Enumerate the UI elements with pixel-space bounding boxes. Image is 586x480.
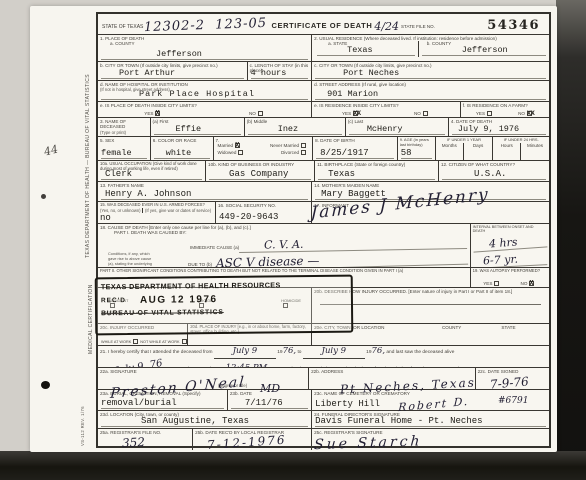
occupation-value: Clerk <box>101 169 202 180</box>
checkbox-never-married <box>301 143 306 148</box>
margin-medical-label: MEDICAL CERTIFICATION <box>88 272 94 354</box>
row-location-director: 23d. LOCATION (City, town, or county) Sa… <box>98 410 549 428</box>
last-name-value: McHenry <box>349 124 445 135</box>
months-label: Months <box>436 143 464 160</box>
row-name: 3. NAME OF DECEASED (Type or print) (a) … <box>98 117 549 136</box>
checkbox-not-while-at-work <box>182 339 187 344</box>
date-signed-label: 22c. DATE SIGNED <box>478 369 547 374</box>
checkbox-autopsy-yes <box>494 281 499 286</box>
checkbox-death-limits-yes: X <box>155 111 160 116</box>
certificate-paper: TEXAS DEPARTMENT OF HEALTH — BUREAU OF V… <box>30 6 557 452</box>
cert-to-handwritten: July 9 <box>322 347 347 356</box>
checkbox-divorced <box>301 150 306 155</box>
row-forces-ssn: 15. WAS DECEASED EVER IN U.S. ARMED FORC… <box>98 201 549 223</box>
farm-label: f. IS RESIDENCE ON A FARM? <box>463 103 547 108</box>
race-label: 6. COLOR OR RACE <box>153 138 211 143</box>
middle-name-value: Inez <box>248 124 342 135</box>
residence-limits-cell: e. IS RESIDENCE INSIDE CITY LIMITS? YESX… <box>311 102 460 117</box>
hospital-value: Park Place Hospital <box>101 89 308 100</box>
residence-limits-label: e. IS RESIDENCE INSIDE CITY LIMITS? <box>314 103 458 108</box>
scanned-page: TEXAS DEPARTMENT OF HEALTH — BUREAU OF V… <box>0 0 586 480</box>
autopsy-cell: 19. WAS AUTOPSY PERFORMED? YES NOX <box>470 268 549 287</box>
registrar-file-value: 352 <box>100 433 191 450</box>
interval-label: INTERVAL BETWEEN ONSET AND DEATH <box>473 225 547 234</box>
row-demographics: 5. SEX female 6. COLOR OR RACE white 7. … <box>98 136 549 160</box>
mother-label: 14. MOTHER'S MAIDEN NAME <box>314 183 547 188</box>
cemetery-value: Liberty Hill <box>315 399 546 409</box>
checkbox-married: X <box>235 143 240 148</box>
last-name-cell: (c) Last McHenry <box>345 118 448 136</box>
form-header: STATE OF TEXAS 12302-2 123-05 CERTIFICAT… <box>98 14 549 34</box>
row-limits: e. IS PLACE OF DEATH INSIDE CITY LIMITS?… <box>98 101 549 117</box>
name-sublabel: (Type or print) <box>100 130 148 135</box>
cert-from-year-handwritten: 76, <box>283 347 297 356</box>
due-to-b-label: DUE TO (b) <box>188 262 212 267</box>
death-limits-cell: e. IS PLACE OF DEATH INSIDE CITY LIMITS?… <box>98 102 311 117</box>
farm-cell: f. IS RESIDENCE ON A FARM? YES NOXX <box>460 102 549 117</box>
burial-date-label: 23b. DATE <box>230 391 309 396</box>
received-stamp: TEXAS DEPARTMENT OF HEALTH RESOURCES REC… <box>95 275 354 336</box>
residence-state-value: Texas <box>317 45 415 56</box>
interval-cell: INTERVAL BETWEEN ONSET AND DEATH 4 hrs 6… <box>470 224 549 267</box>
row-physician: 22a. SIGNATURE (Degree or title) 22b. AD… <box>98 367 549 389</box>
registrar-date-cell: 25b. DATE REC'D BY LOCAL REGISTRAR 7-12-… <box>192 429 311 450</box>
state-of-texas-label: STATE OF TEXAS <box>102 24 143 33</box>
marital-cell: 7. MarriedX Never Married Widowed Divorc… <box>213 137 313 160</box>
name-label-cell: 3. NAME OF DECEASED (Type or print) <box>98 118 150 136</box>
race-value: white <box>154 148 210 159</box>
stamp-recd-label: REC'D <box>101 297 126 304</box>
physician-signature-label: 22a. SIGNATURE <box>100 369 306 374</box>
burial-type-value: removal/burial <box>101 398 224 409</box>
stamp-date: AUG 12 1976 <box>140 294 218 306</box>
checkbox-death-limits-no <box>258 111 263 116</box>
checkbox-autopsy-no: X <box>529 281 534 286</box>
cert-text-1: I hereby certify that I attended the dec… <box>108 350 213 355</box>
stamp-bureau-line: BUREAU OF VITAL STATISTICS <box>101 308 347 318</box>
row-occupation: 10a. USUAL OCCUPATION (Give kind of work… <box>98 160 549 181</box>
divorced-label: Divorced <box>281 150 299 155</box>
row-place-residence: 1. PLACE OF DEATH a. COUNTY Jefferson 2.… <box>98 34 549 61</box>
county-label: a. COUNTY <box>100 41 309 46</box>
margin-form-code: VS-112 REV. 1/76 <box>80 390 85 446</box>
not-while-at-work-label: NOT WHILE AT WORK <box>140 340 179 344</box>
yes-label: YES <box>144 111 153 116</box>
father-label: 13. FATHER'S NAME <box>100 183 309 188</box>
checkbox-widowed <box>238 150 243 155</box>
street-address-cell: d. STREET ADDRESS (If rural, give locati… <box>311 81 549 101</box>
widowed-label: Widowed <box>218 150 237 155</box>
minutes-label: Minutes <box>521 143 549 160</box>
sex-cell: 5. SEX female <box>98 137 150 160</box>
birthplace-value: Texas <box>318 169 435 180</box>
row-hospital: d. NAME OF HOSPITAL OR INSTITUTION (If n… <box>98 80 549 101</box>
stamp-department-line: TEXAS DEPARTMENT OF HEALTH RESOURCES <box>101 280 347 292</box>
occupation-cell: 10a. USUAL OCCUPATION (Give kind of work… <box>98 161 205 181</box>
checkbox-farm-no: XX <box>527 111 532 116</box>
street-address-value: 901 Marion <box>315 89 546 100</box>
injury-state-cell: STATE <box>499 324 549 345</box>
registrar-signature-cell: 25c. REGISTRAR'S SIGNATURE Sue Starch <box>311 429 549 450</box>
death-certificate-form: STATE OF TEXAS 12302-2 123-05 CERTIFICAT… <box>96 12 551 448</box>
armed-forces-value: no <box>100 213 215 223</box>
conditions-note: Conditions, if any, which gave rise to a… <box>100 251 158 267</box>
first-name-value: Effie <box>154 124 241 135</box>
age-value: 58 <box>401 148 432 159</box>
handwritten-codes: 12302-2 123-05 <box>144 16 267 35</box>
mother-cell: 14. MOTHER'S MAIDEN NAME Mary Baggett <box>311 182 549 201</box>
armed-forces-sub2: (If yes, give war or dates of service) <box>142 208 214 213</box>
ssn-label: 16. SOCIAL SECURITY NO. <box>218 203 309 208</box>
days-label: Days <box>464 143 492 160</box>
while-at-work-label: WHILE AT WORK <box>101 340 131 344</box>
autopsy-label: 19. WAS AUTOPSY PERFORMED? <box>473 269 547 274</box>
death-city-value: Port Arthur <box>101 68 244 79</box>
county-value: Jefferson <box>101 49 308 60</box>
sex-label: 5. SEX <box>100 138 148 143</box>
row-parents: 13. FATHER'S NAME Henry A. Johnson 14. M… <box>98 181 549 201</box>
row-certification: 21. I hereby certify that I attended the… <box>98 345 549 367</box>
business-label: 10b. KIND OF BUSINESS OR INDUSTRY <box>208 162 312 167</box>
business-value: Gas Company <box>209 169 311 180</box>
interval-a-value: 4 hrs <box>472 233 547 252</box>
hours-label: Hours <box>493 143 521 160</box>
cert-from-handwritten: July 9 <box>233 347 258 356</box>
cert-number: 21. <box>100 350 107 355</box>
degree-label: (Degree or title) <box>218 383 305 388</box>
interval-b-value: 6-7 yr. <box>472 251 547 267</box>
checkbox-res-limits-yes: XX <box>353 111 358 116</box>
hospital-cell: d. NAME OF HOSPITAL OR INSTITUTION (If n… <box>98 81 311 101</box>
armed-forces-cell: 15. WAS DECEASED EVER IN U.S. ARMED FORC… <box>98 202 215 223</box>
physician-signature-cell: 22a. SIGNATURE (Degree or title) <box>98 368 308 389</box>
row-cause: 18. CAUSE OF DEATH [Enter only one cause… <box>98 223 549 267</box>
burial-date-cell: 23b. DATE 7/11/76 <box>227 390 311 410</box>
cemetery-cell: 23c. NAME OF CEMETERY OR CREMATORY Liber… <box>311 390 549 410</box>
no-label: NO <box>249 111 256 116</box>
part2-label: PART II. OTHER SIGNIFICANT CONDITIONS CO… <box>100 269 468 274</box>
father-cell: 13. FATHER'S NAME Henry A. Johnson <box>98 182 311 201</box>
informant-label: 17. INFORMANT <box>314 203 547 208</box>
death-limits-label: e. IS PLACE OF DEATH INSIDE CITY LIMITS? <box>100 103 309 108</box>
part1-label: PART I. DEATH WAS CAUSED BY: <box>100 230 468 235</box>
citizen-value: U.S.A. <box>442 169 546 180</box>
death-city-cell: b. CITY OR TOWN (If outside city limits,… <box>98 62 247 80</box>
business-cell: 10b. KIND OF BUSINESS OR INDUSTRY Gas Co… <box>205 161 314 181</box>
funeral-director-value: Davis Funeral Home - Pt. Neches <box>315 416 546 427</box>
cemetery-label: 23c. NAME OF CEMETERY OR CREMATORY <box>314 391 547 396</box>
hole-punch-dot <box>41 194 46 199</box>
ssn-cell: 16. SOCIAL SECURITY NO. 449-20-9643 <box>215 202 311 223</box>
cause-cell: 18. CAUSE OF DEATH [Enter only one cause… <box>98 224 470 267</box>
row-registrar: 25a. REGISTRAR'S FILE NO. 352 25b. DATE … <box>98 428 549 450</box>
informant-cell: 17. INFORMANT <box>311 202 549 223</box>
under-1-year-cell: IF UNDER 1 YEAR Months Days <box>435 137 493 160</box>
citizen-cell: 12. CITIZEN OF WHAT COUNTRY? U.S.A. <box>438 161 549 181</box>
hole-punch-dot <box>41 381 50 389</box>
street-address-label: d. STREET ADDRESS (If rural, give locati… <box>314 82 547 87</box>
certificate-title: CERTIFICATE OF DEATH <box>271 21 372 33</box>
mother-value: Mary Baggett <box>315 189 546 200</box>
burial-type-cell: 23a. BURIAL, CREMATION, REMOVAL (Specify… <box>98 390 227 410</box>
injury-state-label: STATE <box>501 325 547 330</box>
state-file-no-label: STATE FILE NO. <box>401 24 435 33</box>
handwritten-fraction: 4/24 <box>374 20 399 33</box>
state-file-number: 54346 <box>487 18 546 33</box>
injury-county-cell: COUNTY <box>440 324 499 345</box>
ssn-value: 449-20-9643 <box>219 212 308 222</box>
burial-location-cell: 23d. LOCATION (City, town, or county) Sa… <box>98 411 311 428</box>
residence-county-value: Jefferson <box>422 45 546 56</box>
checkbox-while-at-work <box>133 339 138 344</box>
citizen-label: 12. CITIZEN OF WHAT COUNTRY? <box>441 162 547 167</box>
length-of-stay-cell: c. LENGTH OF STAY (in this place) 4 hour… <box>247 62 311 80</box>
margin-dept-label: TEXAS DEPARTMENT OF HEALTH — BUREAU OF V… <box>85 24 91 258</box>
certification-cell: 21. I hereby certify that I attended the… <box>98 346 549 367</box>
age-cell: 9. AGE (in years last birthday) 58 <box>397 137 435 160</box>
length-of-stay-value: 4 hours <box>251 68 308 79</box>
physician-address-label: 22b. ADDRESS <box>311 369 473 374</box>
dob-label: 8. DATE OF BIRTH <box>315 138 395 143</box>
name-label: 3. NAME OF DECEASED <box>100 119 148 130</box>
checkbox-res-limits-no <box>423 111 428 116</box>
date-signed-cell: 22c. DATE SIGNED <box>475 368 549 389</box>
father-value: Henry A. Johnson <box>101 189 308 200</box>
race-cell: 6. COLOR OR RACE white <box>150 137 213 160</box>
registrar-file-cell: 25a. REGISTRAR'S FILE NO. 352 <box>98 429 192 450</box>
first-name-cell: (a) First Effie <box>150 118 244 136</box>
checkbox-farm-yes <box>487 111 492 116</box>
burial-type-label: 23a. BURIAL, CREMATION, REMOVAL (Specify… <box>100 391 225 396</box>
middle-name-cell: (b) Middle Inez <box>244 118 345 136</box>
margin-pencil-note: 44 <box>43 142 60 158</box>
married-label: Married <box>218 143 234 148</box>
never-married-label: Never Married <box>270 143 299 148</box>
physician-address-cell: 22b. ADDRESS <box>308 368 475 389</box>
scan-edge-right <box>556 0 586 480</box>
residence-city-cell: c. CITY OR TOWN (If outside city limits,… <box>311 62 549 80</box>
age-label: 9. AGE (in years last birthday) <box>400 138 433 147</box>
date-of-death-value: July 9, 1976 <box>452 124 546 135</box>
scan-edge-bottom <box>0 451 586 480</box>
usual-residence-cell: 2. USUAL RESIDENCE (Where deceased lived… <box>311 35 549 61</box>
dob-cell: 8. DATE OF BIRTH 8/25/1917 <box>312 137 397 160</box>
describe-injury-answer-line <box>320 304 541 305</box>
date-of-death-cell: 4. DATE OF DEATH July 9, 1976 <box>448 118 549 136</box>
residence-city-value: Port Neches <box>315 68 546 79</box>
under-24-hrs-cell: IF UNDER 24 HRS. Hours Minutes <box>492 137 549 160</box>
cert-time-handwritten: 12:45 PM <box>226 363 268 367</box>
cert-to-year-handwritten: 76, <box>372 347 386 356</box>
funeral-director-cell: 24. FUNERAL DIRECTOR'S SIGNATURE Davis F… <box>311 411 549 428</box>
place-of-death-county-cell: 1. PLACE OF DEATH a. COUNTY Jefferson <box>98 35 311 61</box>
birthplace-label: 11. BIRTHPLACE (State or foreign country… <box>317 162 436 167</box>
row-city: b. CITY OR TOWN (If outside city limits,… <box>98 61 549 80</box>
cert-text-2: and last saw the deceased alive <box>386 350 454 355</box>
dob-value: 8/25/1917 <box>316 148 394 159</box>
burial-date-value: 7/11/76 <box>231 398 308 409</box>
sex-value: female <box>101 148 147 159</box>
birthplace-cell: 11. BIRTHPLACE (State or foreign country… <box>314 161 438 181</box>
row-burial: 23a. BURIAL, CREMATION, REMOVAL (Specify… <box>98 389 549 410</box>
injury-county-label: COUNTY <box>442 325 497 330</box>
cert-alive-date-handwritten: July 9, 76 <box>113 358 164 367</box>
burial-location-value: San Augustine, Texas <box>101 416 308 427</box>
